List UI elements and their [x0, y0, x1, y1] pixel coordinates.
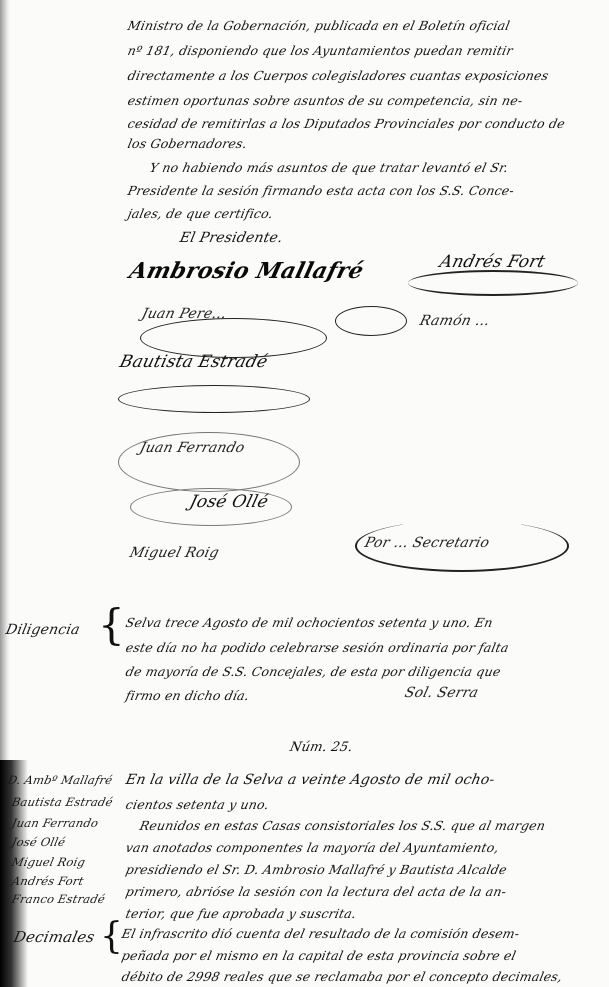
attendee: Andrés Fort: [11, 874, 86, 888]
text-line: El infrascrito dió cuenta del resultado …: [120, 926, 521, 941]
text-line: presidiendo el Sr. D. Ambrosio Mallafré …: [124, 862, 508, 877]
text-line: Presidente la sesión firmando esta acta …: [126, 183, 515, 198]
signature-juan-ferrando: Juan Ferrando: [138, 440, 246, 456]
session-number: Núm. 25.: [288, 740, 354, 755]
text-line: primero, abrióse la sesión con la lectur…: [124, 884, 507, 899]
rubric-mark: [335, 306, 407, 336]
text-line: jales, de que certifico.: [126, 206, 274, 221]
text-line: firmo en dicho día.: [124, 688, 250, 703]
signature-diligencia: Sol. Serra: [403, 685, 480, 701]
text-line: peñada por el mismo en la capital de est…: [120, 948, 517, 963]
signature-ambrosio-mallafre: Ambrosio Mallafré: [127, 258, 367, 284]
text-line: En la villa de la Selva a veinte Agosto …: [124, 772, 496, 788]
text-line: cesidad de remitirlas a los Diputados Pr…: [126, 116, 566, 131]
text-line: los Gobernadores.: [126, 136, 248, 151]
manuscript-page: Ministro de la Gobernación, publicada en…: [0, 0, 609, 987]
attendee: Franco Estradé: [11, 892, 107, 906]
brace: {: [100, 916, 123, 957]
brace: {: [98, 600, 125, 649]
signature-miguel-roig: Miguel Roig: [128, 545, 221, 561]
signature-ramon: Ramón ...: [418, 313, 492, 329]
text-line: Ministro de la Gobernación, publicada en…: [126, 18, 511, 33]
attendee: Juan Ferrando: [11, 816, 100, 830]
attendee: Miguel Roig: [11, 855, 87, 869]
attendee: José Ollé: [11, 835, 67, 849]
text-line: de mayoría de S.S. Concejales, de esta p…: [124, 664, 502, 679]
text-line: Reunidos en estas Casas consistoriales l…: [138, 818, 546, 833]
signature-flourish: [118, 385, 310, 413]
text-line: Selva trece Agosto de mil ochocientos se…: [124, 615, 494, 630]
president-label: El Presidente.: [178, 230, 284, 246]
text-line: cientos setenta y uno.: [124, 797, 270, 812]
signature-flourish: [355, 520, 569, 572]
attendee: D. Ambº Mallafré: [7, 773, 114, 787]
text-line: van anotados componentes la mayoría del …: [124, 840, 500, 855]
text-line: Y no habiendo más asuntos de que tratar …: [148, 160, 509, 175]
text-line: directamente a los Cuerpos colegisladore…: [126, 68, 550, 83]
text-line: débito de 2998 reales que se reclamaba p…: [120, 969, 563, 984]
margin-label-decimales: Decimales: [12, 928, 96, 946]
signature-bautista-estrade: Bautista Estradé: [118, 352, 270, 372]
signature-flourish: [408, 270, 578, 296]
signature-jose-olle: José Ollé: [188, 492, 271, 512]
text-line: este día no ha podido celebrarse sesión …: [124, 640, 510, 655]
signature-andres-fort: Andrés Fort: [438, 252, 548, 272]
text-line: terior, que fue aprobada y suscrita.: [124, 906, 358, 921]
text-line: estimen oportunas sobre asuntos de su co…: [126, 93, 524, 108]
attendee: Bautista Estradé: [11, 795, 115, 809]
margin-label-diligencia: Diligencia: [4, 622, 81, 638]
text-line: nº 181, disponiendo que los Ayuntamiento…: [126, 43, 514, 58]
